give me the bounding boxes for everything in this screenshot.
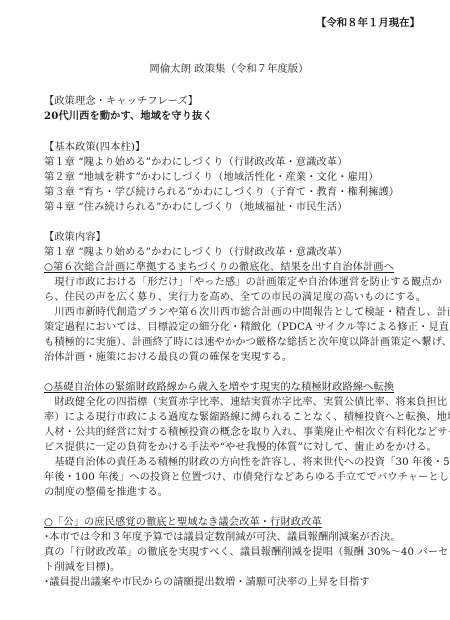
section-2-line-2: 率）による現行市政による過度な緊縮路線に縛られることなく、積極投資へと転換、地域 bbox=[44, 411, 450, 424]
basic-policy-chapter-4: 第４章 “住み続けられる”かわにしづくり（地域福祉・市民生活） bbox=[44, 201, 348, 214]
as-of-date: 【令和８年１月現在】 bbox=[316, 14, 420, 29]
section-1-title: ○第６次総合計画に準拠するまちづくりの徹底化、結果を出す自治体計画へ bbox=[44, 261, 394, 274]
content-heading: 【政策内容】 bbox=[44, 231, 106, 244]
content-chapter-title: 第１章 “隗より始める”かわにしづくり（行財政改革・意識改革） bbox=[44, 246, 348, 259]
section-2-line-6: 年後・100 年後」への投資と位置づけ、市債発行などあらゆる手立てでバウチャーと… bbox=[44, 471, 450, 484]
section-1-line-4: 策定過程においては、目標設定の細分化・精緻化（PDCA サイクル等による修正・見… bbox=[44, 321, 450, 334]
section-3-line-3: ト削減を目標)。 bbox=[44, 561, 121, 574]
section-1-line-2: ら、住民の声を広く募り、実行力を高め、全ての市民の満足度の高いものにする。 bbox=[44, 291, 426, 304]
basic-policy-chapter-3: 第３章 “育ち・学び続けられる”かわにしづくり（子育て・教育・権利擁護） bbox=[44, 186, 399, 199]
basic-policy-chapter-1: 第１章 “隗より始める”かわにしづくり（行財政改革・意識改革） bbox=[44, 156, 348, 169]
section-2-line-7: の制度の整備を推進する。 bbox=[44, 486, 168, 499]
document-page: 【令和８年１月現在】 岡倫太朗 政策集（令和７年度版） 【政策理念・キャッチフレ… bbox=[0, 0, 450, 620]
document-title: 岡倫太朗 政策集（令和７年度版） bbox=[0, 60, 450, 75]
philosophy-heading: 【政策理念・キャッチフレーズ】 bbox=[44, 95, 198, 108]
section-1-line-6: 治体計画・施策における最良の質の確保を実現する。 bbox=[44, 351, 292, 364]
section-3-line-4: ･議員提出議案や市民からの請願提出数増・請願可決率の上昇を目指す bbox=[44, 576, 370, 589]
section-2-line-1: 財政健全化の四指標（実質赤字比率、連結実質赤字比率、実質公債比率、将来負担比 bbox=[44, 396, 447, 409]
section-3-line-2: 真の「行財政改革」の徹底を実現すべく、議員報酬削減を提唱（報酬 30%～40 パ… bbox=[44, 546, 450, 559]
catchphrase: 20代川西を動かす、地域を守り抜く bbox=[44, 110, 213, 123]
section-1-line-3: 川西市新時代創造プランや第６次川西市総合計画の中間報告として検証・精査し、計画 bbox=[44, 306, 450, 319]
section-3-title: ○「公」の庶民感覚の徹底と聖域なき議会改革・行財政改革 bbox=[44, 516, 322, 529]
section-2-line-4: ビス提供に一定の負荷をかける手法や“やせ我慢的体質”に対して、歯止めをかける。 bbox=[44, 441, 437, 454]
section-3-line-1: ･本市では令和３年度予算では議員定数削減が可決、議員報酬削減案が否決。 bbox=[44, 531, 401, 544]
basic-policy-chapter-2: 第２章 “地域を耕す”かわにしづくり（地域活性化・産業・文化・雇用） bbox=[44, 171, 379, 184]
section-2-line-3: 人材・公共的経営に対する積極投資の概念を取り入れ、事業廃止や相次ぐ有料化などサー bbox=[44, 426, 450, 439]
section-1-line-5: も積極的に実施）、計画終了時には速やかかつ厳格な総括と次年度以降計画策定へ繋げ、… bbox=[44, 336, 450, 349]
basic-policy-heading: 【基本政策(四本柱)】 bbox=[44, 141, 145, 154]
section-2-title: ○基礎自治体の緊縮財政路線から歳入を増やす現実的な積極財政路線へ転換 bbox=[44, 381, 394, 394]
section-2-line-5: 基礎自治体の責任ある積極的財政の方向性を許容し、将来世代への投資「30 年後・5… bbox=[44, 456, 450, 469]
section-1-line-1: 現行市政における「形だけ」「やった感」の計画策定や自治体運営を防止する観点か bbox=[44, 276, 442, 289]
